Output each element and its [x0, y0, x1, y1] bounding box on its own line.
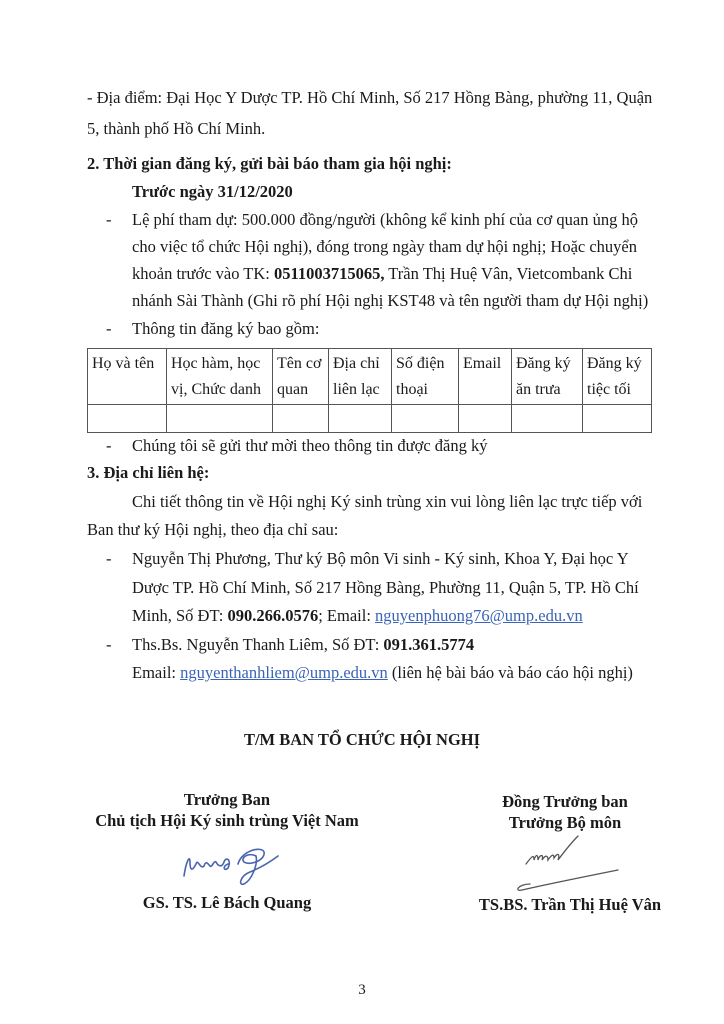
bullet-dash: - — [106, 436, 112, 456]
contact-intro-line-1: Chi tiết thông tin về Hội nghị Ký sinh t… — [132, 492, 642, 512]
contact-1-line-2: Dược TP. Hồ Chí Minh, Số 217 Hồng Bàng, … — [132, 578, 639, 598]
bullet-dash: - — [106, 319, 112, 339]
left-signer-role-1: Trưởng Ban — [97, 790, 357, 810]
page-number: 3 — [0, 982, 724, 999]
section-3-heading: 3. Địa chỉ liên hệ: — [87, 463, 209, 483]
table-header-cell: Đăng kýtiệc tối — [583, 349, 652, 405]
table-cell — [392, 405, 459, 433]
left-signer-name: GS. TS. Lê Bách Quang — [97, 893, 357, 913]
right-signature — [508, 828, 638, 898]
fee-line-2: cho việc tổ chức Hội nghị), đóng trong n… — [132, 237, 637, 257]
contact-2-name: Ths.Bs. Nguyễn Thanh Liêm, Số ĐT: — [132, 635, 383, 654]
phone-label: Minh, Số ĐT: — [132, 606, 227, 625]
table-row — [88, 405, 652, 433]
account-number: 0511003715065, — [274, 264, 384, 283]
bullet-dash: - — [106, 635, 112, 655]
table-header-row: Họ và tên Học hàm, họcvị, Chức danh Tên … — [88, 349, 652, 405]
table-header-cell: Đăng kýăn trưa — [512, 349, 583, 405]
section-2-heading: 2. Thời gian đăng ký, gửi bài báo tham g… — [87, 154, 452, 174]
fee-line-3-suffix: Trần Thị Huệ Vân, Vietcombank Chi — [384, 264, 632, 283]
registration-table: Họ và tên Học hàm, họcvị, Chức danh Tên … — [87, 348, 652, 433]
left-signer-role-2: Chủ tịch Hội Ký sinh trùng Việt Nam — [77, 811, 377, 831]
contact-2-email-link[interactable]: nguyenthanhliem@ump.edu.vn — [180, 663, 388, 682]
table-cell — [512, 405, 583, 433]
table-cell — [88, 405, 167, 433]
table-cell — [459, 405, 512, 433]
email-note: (liên hệ bài báo và báo cáo hội nghị) — [388, 663, 633, 682]
contact-2-line-2: Email: nguyenthanhliem@ump.edu.vn (liên … — [132, 663, 633, 683]
table-cell — [583, 405, 652, 433]
fee-line-3-prefix: khoản trước vào TK: — [132, 264, 274, 283]
registration-intro: Thông tin đăng ký bao gồm: — [132, 319, 319, 339]
contact-2-line-1: Ths.Bs. Nguyễn Thanh Liêm, Số ĐT: 091.36… — [132, 635, 474, 655]
fee-line-3: khoản trước vào TK: 0511003715065, Trần … — [132, 264, 632, 284]
table-cell — [167, 405, 273, 433]
deadline: Trước ngày 31/12/2020 — [132, 182, 293, 202]
table-header-cell: Tên cơquan — [273, 349, 329, 405]
table-header-cell: Số điệnthoại — [392, 349, 459, 405]
table-cell — [329, 405, 392, 433]
table-header-cell: Học hàm, họcvị, Chức danh — [167, 349, 273, 405]
right-signer-role-1: Đồng Trưởng ban — [460, 792, 670, 812]
fee-line-4: nhánh Sài Thành (Ghi rõ phí Hội nghị KST… — [132, 291, 648, 311]
email-label: ; Email: — [318, 606, 375, 625]
organizing-committee-title: T/M BAN TỔ CHỨC HỘI NGHỊ — [0, 730, 724, 750]
fee-line-1: Lệ phí tham dự: 500.000 đồng/người (khôn… — [132, 210, 638, 230]
location-line-2: 5, thành phố Hồ Chí Minh. — [87, 119, 265, 139]
contact-1-phone: 090.266.0576 — [227, 606, 318, 625]
bullet-dash: - — [106, 210, 112, 230]
contact-intro-line-2: Ban thư ký Hội nghị, theo địa chỉ sau: — [87, 520, 338, 540]
email-label: Email: — [132, 663, 180, 682]
right-signer-name: TS.BS. Trần Thị Huệ Vân — [455, 895, 685, 915]
contact-1-line-1: Nguyễn Thị Phương, Thư ký Bộ môn Vi sinh… — [132, 549, 629, 569]
contact-1-line-3: Minh, Số ĐT: 090.266.0576; Email: nguyen… — [132, 606, 583, 626]
bullet-dash: - — [106, 549, 112, 569]
left-signature — [178, 842, 288, 892]
contact-1-email-link[interactable]: nguyenphuong76@ump.edu.vn — [375, 606, 583, 625]
invitation-note: Chúng tôi sẽ gửi thư mời theo thông tin … — [132, 436, 487, 456]
table-header-cell: Địa chỉliên lạc — [329, 349, 392, 405]
location-line-1: - Địa điểm: Đại Học Y Dược TP. Hồ Chí Mi… — [87, 88, 652, 108]
contact-2-phone: 091.361.5774 — [383, 635, 474, 654]
table-cell — [273, 405, 329, 433]
table-header-cell: Email — [459, 349, 512, 405]
table-header-cell: Họ và tên — [88, 349, 167, 405]
